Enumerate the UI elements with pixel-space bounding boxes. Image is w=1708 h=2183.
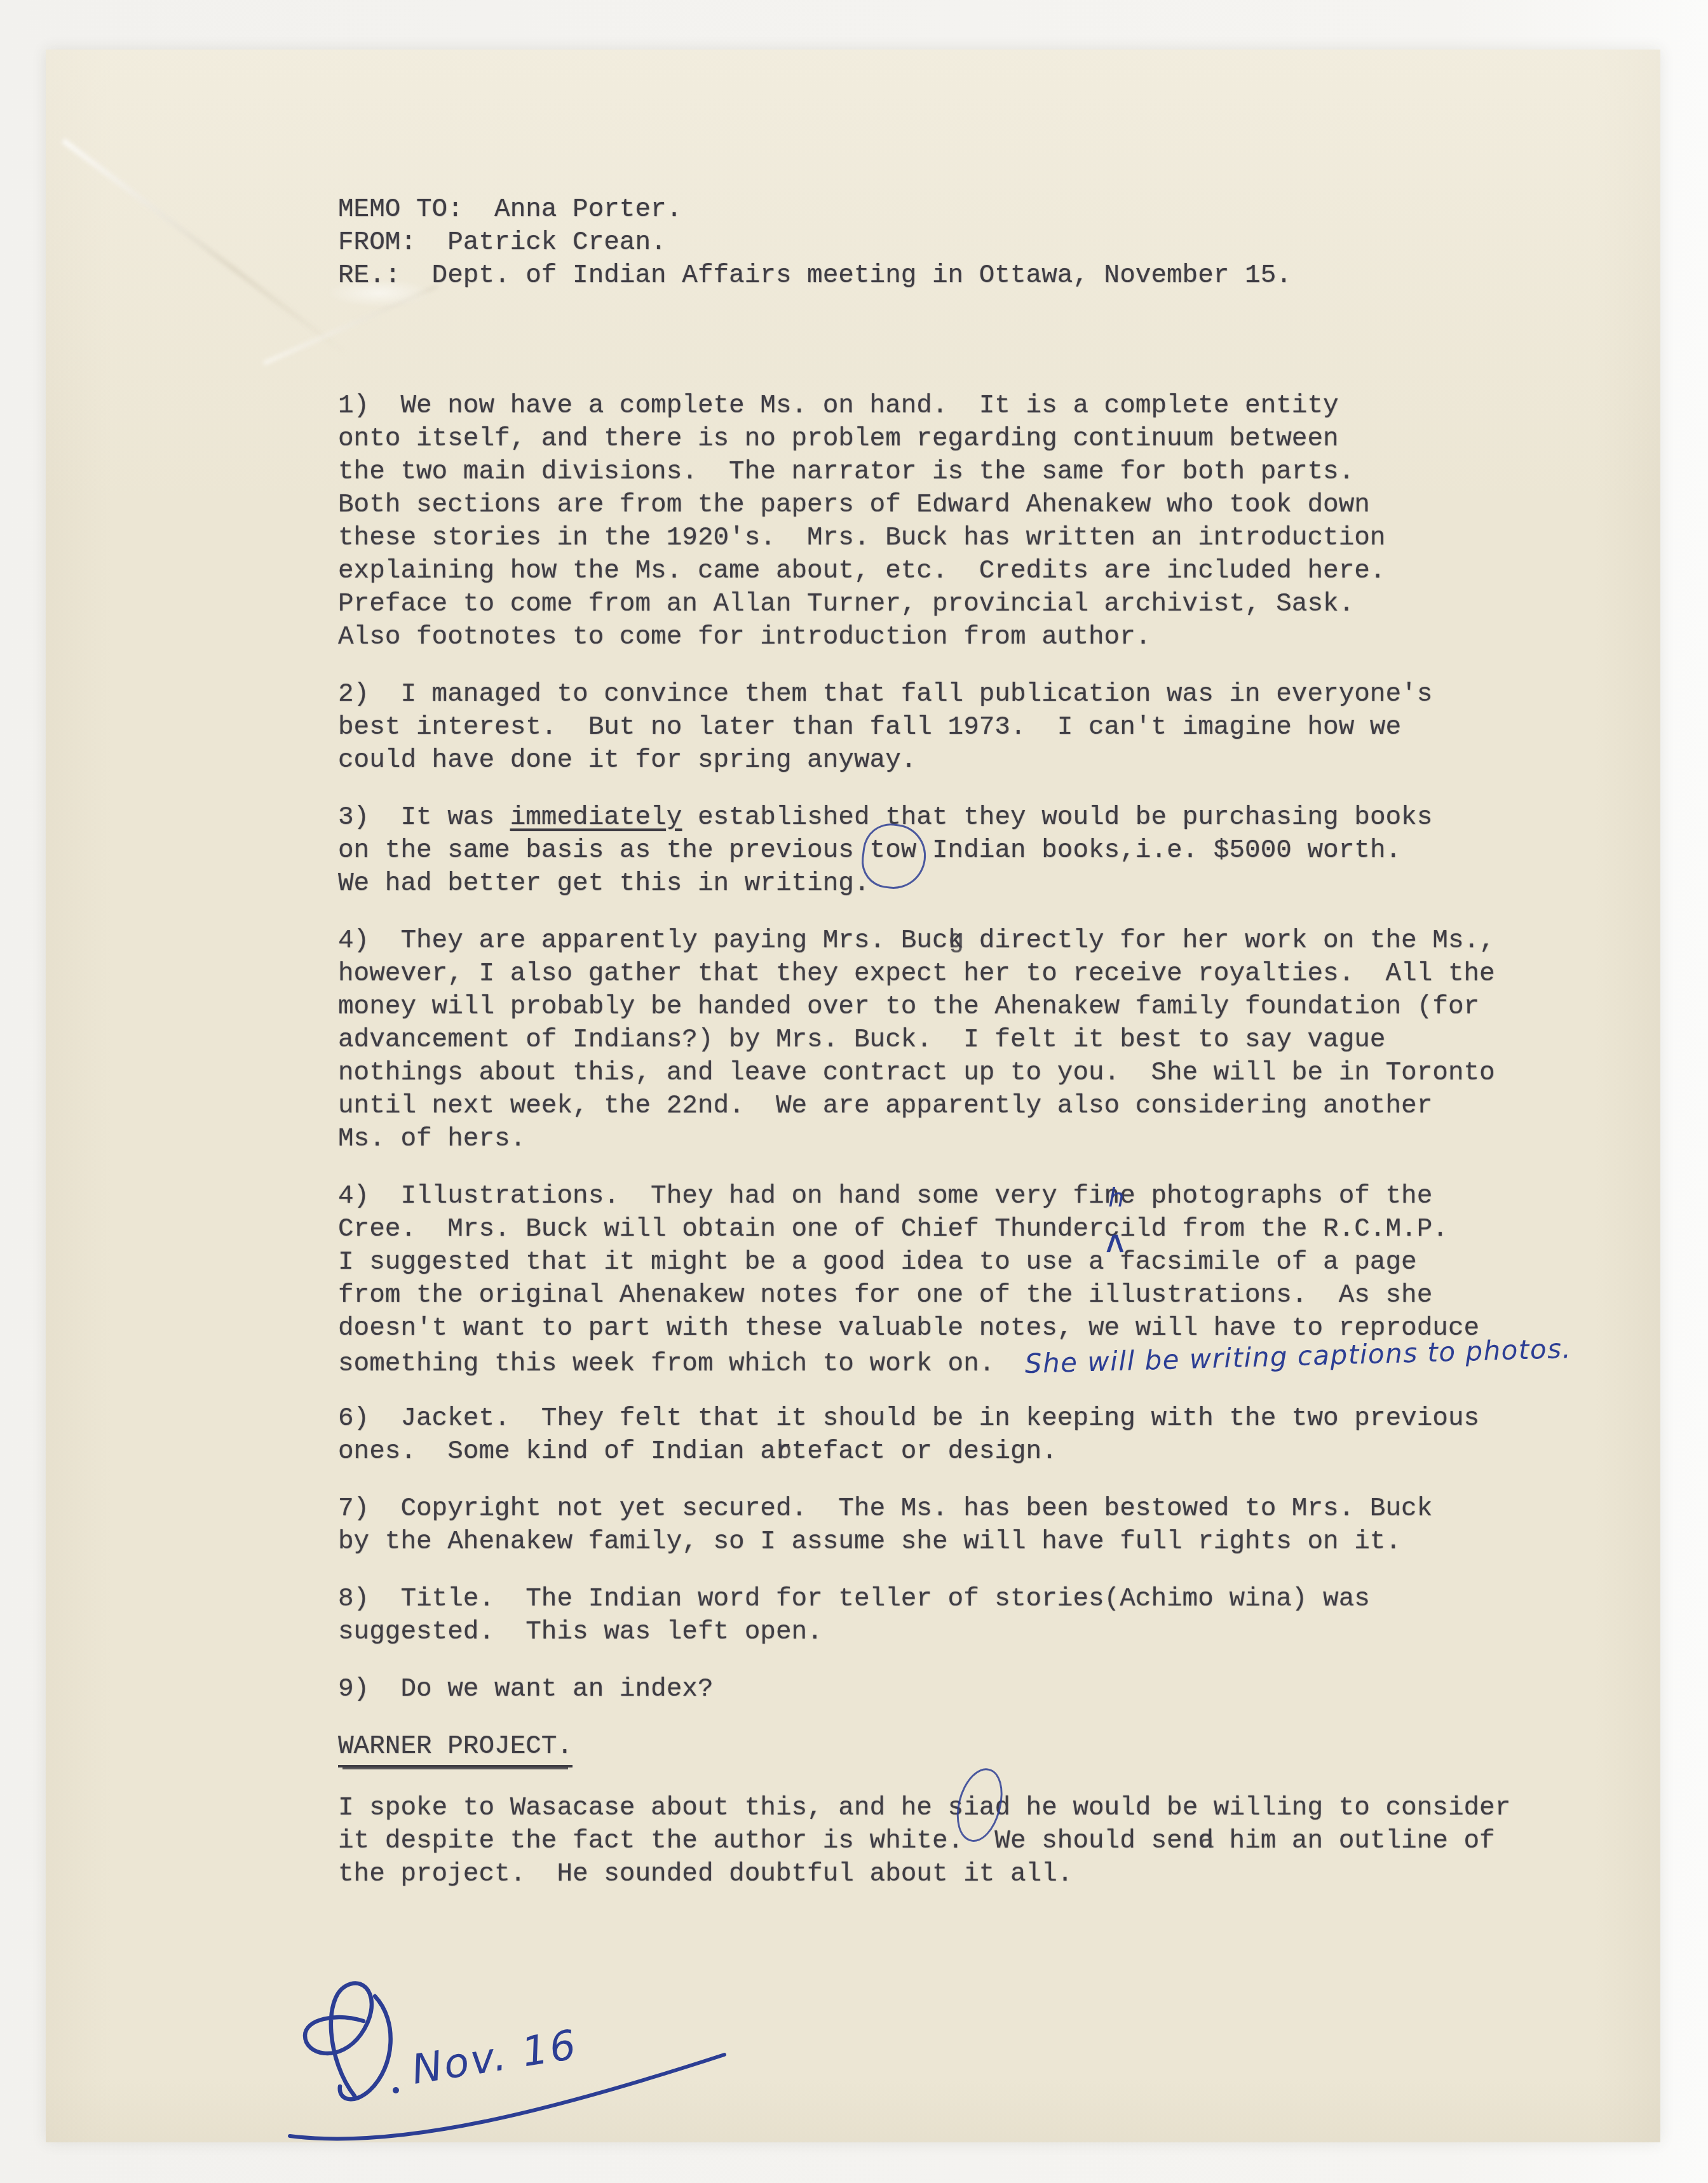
memo-line: Cree. Mrs. Buck will obtain one of Chief…	[338, 1213, 1583, 1246]
memo-line: FROM: Patrick Crean.	[338, 226, 1583, 259]
overstrike-glyph: g	[949, 924, 965, 957]
memo-line: I spoke to Wasacase about this, and he s…	[338, 1792, 1583, 1825]
memo-line: Also footnotes to come for introduction …	[338, 621, 1583, 654]
memo-line: could have done it for spring anyway.	[338, 744, 1583, 777]
paragraph-2: 2) I managed to convince them that fall …	[338, 678, 1583, 777]
underlined-word: immediately	[510, 803, 682, 832]
memo-line: ones. Some kind of Indian arbtefact or d…	[338, 1435, 1583, 1468]
memo-line: nothings about this, and leave contract …	[338, 1057, 1583, 1090]
memo-line: 8) Title. The Indian word for teller of …	[338, 1583, 1583, 1616]
overstruck-letter: da	[1198, 1825, 1214, 1858]
memo-line: best interest. But no later than fall 19…	[338, 711, 1583, 744]
warner-paragraph: I spoke to Wasacase about this, and he s…	[338, 1792, 1583, 1891]
memo-line: these stories in the 1920's. Mrs. Buck h…	[338, 522, 1583, 555]
memo-line: Ms. of hers.	[338, 1123, 1583, 1156]
paragraph-3: 3) It was immediately established that t…	[338, 801, 1583, 900]
paragraph-9: 9) Do we want an index?	[338, 1673, 1583, 1706]
inserted-letter: h	[1108, 1186, 1124, 1211]
signature-monogram-loop	[305, 1984, 372, 2096]
memo-line: We had better get this in writing.	[338, 867, 1583, 900]
blue-ink-loop-mark: tow	[870, 834, 917, 867]
memo-header: MEMO TO: Anna Porter.FROM: Patrick Crean…	[338, 193, 1583, 292]
memo-line: explaining how the Ms. came about, etc. …	[338, 555, 1583, 588]
signature-period	[393, 2087, 399, 2093]
memo-line: advancement of Indians?) by Mrs. Buck. I…	[338, 1024, 1583, 1057]
memo-line: on the same basis as the previous tow In…	[338, 834, 1583, 867]
memo-line: I suggested that it might be a good idea…	[338, 1246, 1583, 1279]
memo-line: until next week, the 22nd. We are appare…	[338, 1090, 1583, 1123]
paragraph-6: 6) Jacket. They felt that it should be i…	[338, 1402, 1583, 1468]
overstrike-glyph: a	[1198, 1825, 1214, 1858]
memo-line: from the original Ahenakew notes for one…	[338, 1279, 1583, 1312]
memo-line: Preface to come from an Allan Turner, pr…	[338, 588, 1583, 621]
memo-line: 9) Do we want an index?	[338, 1673, 1583, 1706]
memo-line: the project. He sounded doubtful about i…	[338, 1858, 1583, 1891]
memo-line: 6) Jacket. They felt that it should be i…	[338, 1402, 1583, 1435]
memo-line: Both sections are from the papers of Edw…	[338, 489, 1583, 522]
overstrike-glyph: b	[776, 1435, 792, 1468]
memo-line: RE.: Dept. of Indian Affairs meeting in …	[338, 259, 1583, 292]
overstruck-letter: rb	[776, 1435, 792, 1468]
signature: Nov. 16	[280, 1959, 762, 2175]
caret-mark: ^	[1106, 1233, 1125, 1274]
memo-line: 7) Copyright not yet secured. The Ms. ha…	[338, 1492, 1583, 1525]
memo-line: 2) I managed to convince them that fall …	[338, 678, 1583, 711]
memo-line: 3) It was immediately established that t…	[338, 801, 1583, 834]
overstruck-letter: kg	[948, 924, 964, 957]
memo-line: the two main divisions. The narrator is …	[338, 456, 1583, 489]
memo-line: MEMO TO: Anna Porter.	[338, 193, 1583, 226]
memo-line: something this week from which to work o…	[338, 1345, 1583, 1378]
memo-line: 4) Illustrations. They had on hand some …	[338, 1180, 1583, 1213]
paper-crease	[62, 139, 349, 356]
paragraph-4: 4) They are apparently paying Mrs. Buckg…	[338, 924, 1583, 1156]
memo-line: onto itself, and there is no problem reg…	[338, 422, 1583, 456]
paragraph-8: 8) Title. The Indian word for teller of …	[338, 1583, 1583, 1649]
warner-project-heading: WARNER PROJECT.	[338, 1730, 1583, 1767]
blue-ink-loop-mark: ia	[963, 1792, 994, 1825]
memo-line: 1) We now have a complete Ms. on hand. I…	[338, 389, 1583, 422]
memo-line: by the Ahenakew family, so I assume she …	[338, 1525, 1583, 1558]
insertion-point: ildh^	[1120, 1215, 1167, 1244]
paragraph-7: 7) Copyright not yet secured. The Ms. ha…	[338, 1492, 1583, 1558]
memo-paper: MEMO TO: Anna Porter.FROM: Patrick Crean…	[46, 50, 1660, 2142]
memo-content: MEMO TO: Anna Porter.FROM: Patrick Crean…	[338, 193, 1583, 1891]
signature-date: Nov. 16	[409, 2022, 581, 2094]
warner-heading-text: WARNER PROJECT.	[338, 1730, 573, 1767]
paragraph-1: 1) We now have a complete Ms. on hand. I…	[338, 389, 1583, 654]
memo-line: money will probably be handed over to th…	[338, 990, 1583, 1024]
paragraph-5-illustrations: 4) Illustrations. They had on hand some …	[338, 1180, 1583, 1378]
memo-line: 4) They are apparently paying Mrs. Buckg…	[338, 924, 1583, 957]
memo-line: however, I also gather that they expect …	[338, 957, 1583, 990]
memo-line: suggested. This was left open.	[338, 1616, 1583, 1649]
